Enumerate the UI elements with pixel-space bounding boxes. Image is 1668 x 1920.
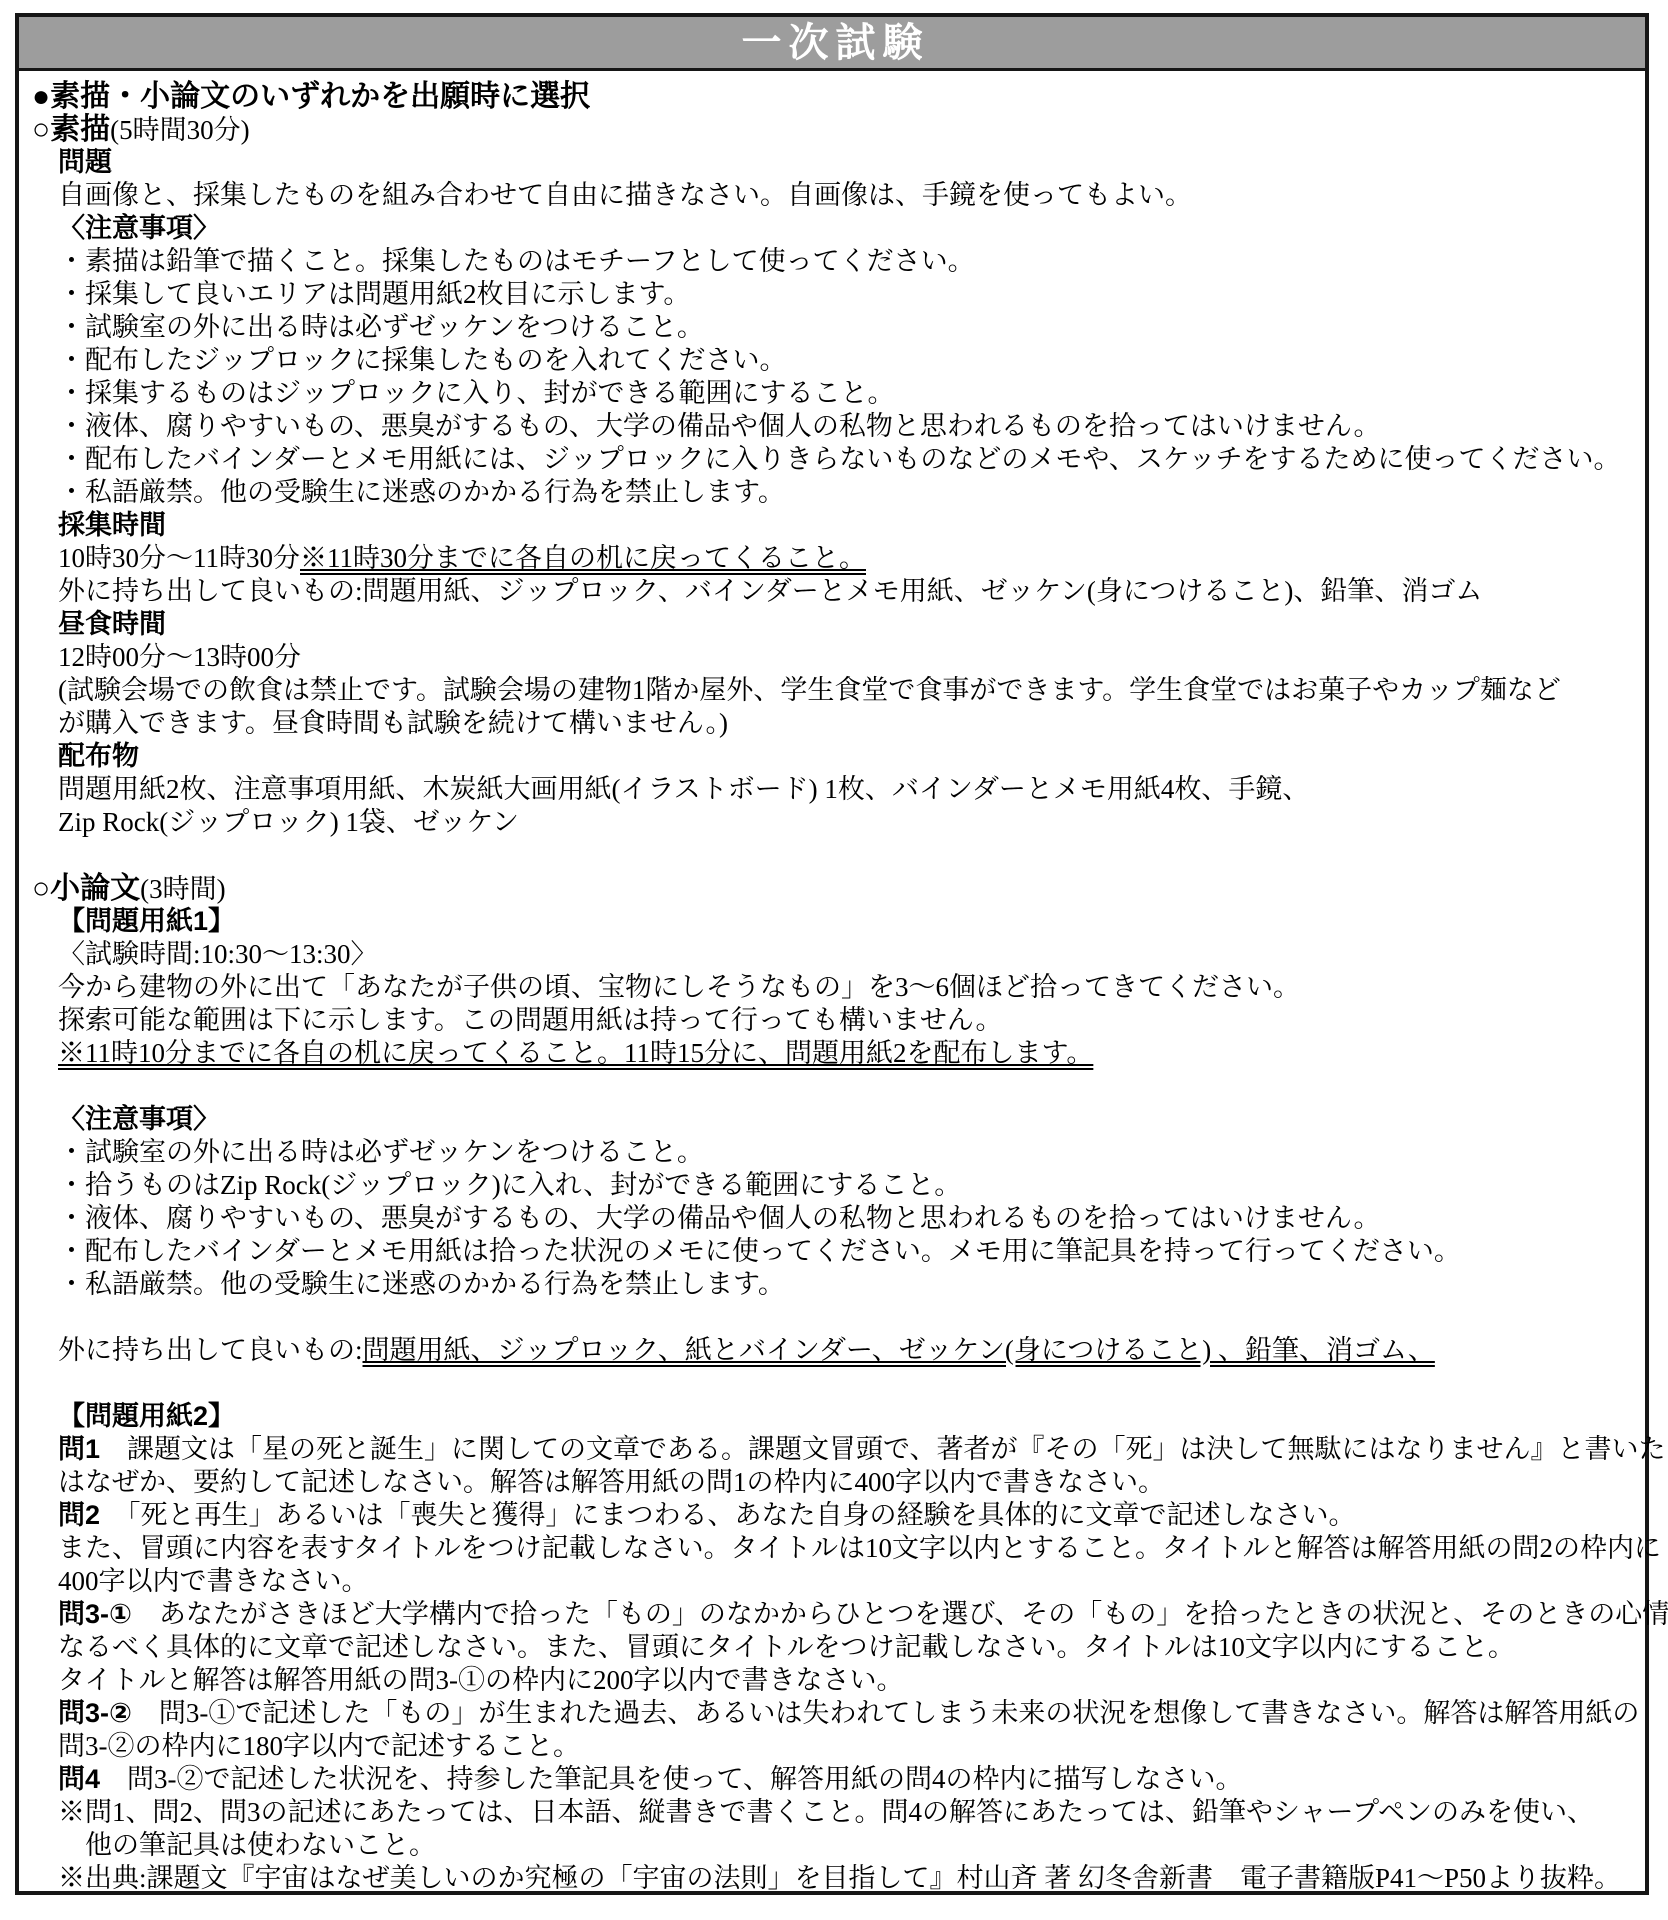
doc-line: ○小論文(3時間) [19, 872, 1645, 905]
text-segment: 問4 [58, 1764, 100, 1794]
doc-line: はなぜか、要約して記述しなさい。解答は解答用紙の問1の枠内に400字以内で書きな… [19, 1466, 1645, 1499]
text-segment: ※11時30分までに各自の机に戻ってくること。 [300, 543, 866, 573]
doc-line: ※出典:課題文『宇宙はなぜ美しいのか究極の「宇宙の法則」を目指して』村山斉 著 … [19, 1862, 1645, 1895]
doc-line: ・採集して良いエリアは問題用紙2枚目に示します。 [19, 278, 1645, 311]
doc-line: 問1 課題文は「星の死と誕生」に関しての文章である。課題文冒頭で、著者が『その「… [19, 1433, 1645, 1466]
doc-line: 問3-① あなたがさきほど大学構内で拾った「もの」のなかからひとつを選び、その「… [19, 1598, 1645, 1631]
text-segment: 課題文は「星の死と誕生」に関しての文章である。課題文冒頭で、著者が『その「死」は… [100, 1434, 1668, 1464]
text-segment: 問3-②の枠内に180字以内で記述すること。 [58, 1731, 580, 1761]
doc-line: 【問題用紙2】 [19, 1400, 1645, 1433]
text-segment: 自画像と、採集したものを組み合わせて自由に描きなさい。自画像は、手鏡を使ってもよ… [58, 180, 1192, 210]
text-segment: ・配布したバインダーとメモ用紙には、ジップロックに入りきらないものなどのメモや、… [58, 444, 1621, 474]
doc-line: 〈注意事項〉 [19, 212, 1645, 245]
doc-line: 昼食時間 [19, 608, 1645, 641]
doc-line: (試験会場での飲食は禁止です。試験会場の建物1階か屋外、学生食堂で食事ができます… [19, 674, 1645, 707]
doc-line: 採集時間 [19, 509, 1645, 542]
text-segment: 12時00分〜13時00分 [58, 642, 301, 672]
text-segment: ・配布したバインダーとメモ用紙は拾った状況のメモに使ってください。メモ用に筆記具… [58, 1236, 1461, 1266]
text-segment: ・私語厳禁。他の受験生に迷惑のかかる行為を禁止します。 [58, 477, 785, 507]
text-segment: ・私語厳禁。他の受験生に迷惑のかかる行為を禁止します。 [58, 1269, 785, 1299]
text-segment: ・素描は鉛筆で描くこと。採集したものはモチーフとして使ってください。 [58, 246, 975, 276]
blank-line [19, 1070, 1645, 1103]
doc-line: 問2 「死と再生」あるいは「喪失と獲得」にまつわる、あなた自身の経験を具体的に文… [19, 1499, 1645, 1532]
doc-line: ・私語厳禁。他の受験生に迷惑のかかる行為を禁止します。 [19, 476, 1645, 509]
doc-line: 探索可能な範囲は下に示します。この問題用紙は持って行っても構いません。 [19, 1004, 1645, 1037]
text-segment: ※出典:課題文『宇宙はなぜ美しいのか究極の「宇宙の法則」を目指して』村山斉 著 … [58, 1863, 1621, 1893]
text-segment: 10時30分〜11時30分 [58, 543, 300, 573]
text-segment: 外に持ち出して良いもの:問題用紙、ジップロック、バインダーとメモ用紙、ゼッケン(… [58, 576, 1482, 606]
doc-line: また、冒頭に内容を表すタイトルをつけ記載しなさい。タイトルは10文字以内とするこ… [19, 1532, 1645, 1565]
doc-line: ・試験室の外に出る時は必ずゼッケンをつけること。 [19, 311, 1645, 344]
text-segment: 「死と再生」あるいは「喪失と獲得」にまつわる、あなた自身の経験を具体的に文章で記… [100, 1500, 1356, 1530]
doc-line: ・配布したバインダーとメモ用紙には、ジップロックに入りきらないものなどのメモや、… [19, 443, 1645, 476]
text-segment: 問3-① [58, 1599, 132, 1629]
blank-line [19, 839, 1645, 872]
text-segment: 今から建物の外に出て「あなたが子供の頃、宝物にしそうなもの」を3〜6個ほど拾って… [58, 972, 1300, 1002]
doc-line: 問題用紙2枚、注意事項用紙、木炭紙大画用紙(イラストボード) 1枚、バインダーと… [19, 773, 1645, 806]
text-segment: はなぜか、要約して記述しなさい。解答は解答用紙の問1の枠内に400字以内で書きな… [58, 1467, 1165, 1497]
blank-line [19, 1301, 1645, 1334]
text-segment: Zip Rock(ジップロック) 1袋、ゼッケン [58, 807, 519, 837]
text-segment: ●素描・小論文のいずれかを出願時に選択 [32, 80, 590, 113]
doc-line: タイトルと解答は解答用紙の問3-①の枠内に200字以内で書きなさい。 [19, 1664, 1645, 1697]
text-segment: (試験会場での飲食は禁止です。試験会場の建物1階か屋外、学生食堂で食事ができます… [58, 675, 1561, 705]
text-segment: ※11時10分までに各自の机に戻ってくること。11時15分に、問題用紙2を配布し… [58, 1038, 1093, 1068]
doc-line: ・液体、腐りやすいもの、悪臭がするもの、大学の備品や個人の私物と思われるものを拾… [19, 410, 1645, 443]
doc-line: 問3-② 問3-①で記述した「もの」が生まれた過去、あるいは失われてしまう未来の… [19, 1697, 1645, 1730]
text-segment: ○素描 [32, 113, 110, 146]
text-segment: ・試験室の外に出る時は必ずゼッケンをつけること。 [58, 1137, 704, 1167]
text-segment: 問題 [58, 147, 112, 177]
text-segment: また、冒頭に内容を表すタイトルをつけ記載しなさい。タイトルは10文字以内とするこ… [58, 1533, 1661, 1563]
text-segment: なるべく具体的に文章で記述しなさい。また、冒頭にタイトルをつけ記載しなさい。タイ… [58, 1632, 1515, 1662]
doc-line: 他の筆記具は使わないこと。 [19, 1829, 1645, 1862]
doc-line: ・配布したジップロックに採集したものを入れてください。 [19, 344, 1645, 377]
text-segment: ・配布したジップロックに採集したものを入れてください。 [58, 345, 786, 375]
doc-line: ●素描・小論文のいずれかを出願時に選択 [19, 80, 1645, 113]
text-segment: ・拾うものはZip Rock(ジップロック)に入れ、封ができる範囲にすること。 [58, 1170, 961, 1200]
doc-line: ・拾うものはZip Rock(ジップロック)に入れ、封ができる範囲にすること。 [19, 1169, 1645, 1202]
text-segment: 〈注意事項〉 [58, 1104, 220, 1134]
doc-line: 問3-②の枠内に180字以内で記述すること。 [19, 1730, 1645, 1763]
blank-line [19, 1367, 1645, 1400]
text-segment: 昼食時間 [58, 609, 166, 639]
text-segment: が購入できます。昼食時間も試験を続けて構いません。) [58, 708, 728, 738]
text-segment: 探索可能な範囲は下に示します。この問題用紙は持って行っても構いません。 [58, 1005, 1002, 1035]
text-segment: (3時間) [140, 874, 225, 904]
text-segment: 他の筆記具は使わないこと。 [58, 1830, 436, 1860]
document-body: ●素描・小論文のいずれかを出願時に選択○素描(5時間30分)問題自画像と、採集し… [19, 71, 1645, 1895]
text-segment: 問3-② [58, 1698, 132, 1728]
doc-line: ○素描(5時間30分) [19, 113, 1645, 146]
doc-line: 問4 問3-②で記述した状況を、持参した筆記具を使って、解答用紙の問4の枠内に描… [19, 1763, 1645, 1796]
doc-line: 【問題用紙1】 [19, 905, 1645, 938]
text-segment: 問1 [58, 1434, 100, 1464]
text-segment: 【問題用紙2】 [58, 1401, 235, 1431]
doc-line: が購入できます。昼食時間も試験を続けて構いません。) [19, 707, 1645, 740]
text-segment: ○小論文 [32, 872, 140, 905]
document-header: 一次試験 [19, 17, 1645, 71]
doc-line: ・採集するものはジップロックに入り、封ができる範囲にすること。 [19, 377, 1645, 410]
text-segment: ・採集して良いエリアは問題用紙2枚目に示します。 [58, 279, 690, 309]
text-segment: 問3-①で記述した「もの」が生まれた過去、あるいは失われてしまう未来の状況を想像… [132, 1698, 1640, 1728]
doc-line: 自画像と、採集したものを組み合わせて自由に描きなさい。自画像は、手鏡を使ってもよ… [19, 179, 1645, 212]
page: { "header": { "title": "一次試験", "bg_color… [0, 0, 1668, 1920]
text-segment: ・採集するものはジップロックに入り、封ができる範囲にすること。 [58, 378, 894, 408]
doc-line: 10時30分〜11時30分※11時30分までに各自の机に戻ってくること。 [19, 542, 1645, 575]
text-segment: 〈試験時間:10:30〜13:30〉 [58, 939, 378, 969]
text-segment: 外に持ち出して良いもの: [58, 1335, 363, 1365]
text-segment: ・試験室の外に出る時は必ずゼッケンをつけること。 [58, 312, 704, 342]
text-segment: ※問1、問2、問3の記述にあたっては、日本語、縦書きで書くこと。問4の解答にあた… [58, 1797, 1594, 1827]
doc-line: 外に持ち出して良いもの:問題用紙、ジップロック、紙とバインダー、ゼッケン(身につ… [19, 1334, 1645, 1367]
text-segment: ・液体、腐りやすいもの、悪臭がするもの、大学の備品や個人の私物と思われるものを拾… [58, 1203, 1380, 1233]
text-segment: 【問題用紙1】 [58, 906, 235, 936]
doc-line: ※問1、問2、問3の記述にあたっては、日本語、縦書きで書くこと。問4の解答にあた… [19, 1796, 1645, 1829]
text-segment: 採集時間 [58, 510, 166, 540]
text-segment: 問題用紙、ジップロック、紙とバインダー、ゼッケン(身につけること) 、鉛筆、消ゴ… [363, 1335, 1435, 1365]
doc-line: 12時00分〜13時00分 [19, 641, 1645, 674]
doc-line: ・私語厳禁。他の受験生に迷惑のかかる行為を禁止します。 [19, 1268, 1645, 1301]
doc-line: ・配布したバインダーとメモ用紙は拾った状況のメモに使ってください。メモ用に筆記具… [19, 1235, 1645, 1268]
text-segment: 400字以内で書きなさい。 [58, 1566, 369, 1596]
text-segment: 問3-②で記述した状況を、持参した筆記具を使って、解答用紙の問4の枠内に描写しな… [100, 1764, 1242, 1794]
text-segment: 問題用紙2枚、注意事項用紙、木炭紙大画用紙(イラストボード) 1枚、バインダーと… [58, 774, 1309, 804]
doc-line: 〈試験時間:10:30〜13:30〉 [19, 938, 1645, 971]
doc-line: なるべく具体的に文章で記述しなさい。また、冒頭にタイトルをつけ記載しなさい。タイ… [19, 1631, 1645, 1664]
doc-line: ・液体、腐りやすいもの、悪臭がするもの、大学の備品や個人の私物と思われるものを拾… [19, 1202, 1645, 1235]
doc-line: 配布物 [19, 740, 1645, 773]
text-segment: (5時間30分) [110, 115, 249, 145]
doc-line: Zip Rock(ジップロック) 1袋、ゼッケン [19, 806, 1645, 839]
doc-line: ※11時10分までに各自の机に戻ってくること。11時15分に、問題用紙2を配布し… [19, 1037, 1645, 1070]
doc-line: ・素描は鉛筆で描くこと。採集したものはモチーフとして使ってください。 [19, 245, 1645, 278]
text-segment: ・液体、腐りやすいもの、悪臭がするもの、大学の備品や個人の私物と思われるものを拾… [58, 411, 1380, 441]
doc-line: ・試験室の外に出る時は必ずゼッケンをつけること。 [19, 1136, 1645, 1169]
text-segment: タイトルと解答は解答用紙の問3-①の枠内に200字以内で書きなさい。 [58, 1665, 903, 1695]
doc-line: 今から建物の外に出て「あなたが子供の頃、宝物にしそうなもの」を3〜6個ほど拾って… [19, 971, 1645, 1004]
document-sheet: 一次試験 ●素描・小論文のいずれかを出願時に選択○素描(5時間30分)問題自画像… [15, 13, 1649, 1895]
doc-line: 〈注意事項〉 [19, 1103, 1645, 1136]
text-segment: 配布物 [58, 741, 139, 771]
page-title: 一次試験 [735, 23, 930, 63]
text-segment: あなたがさきほど大学構内で拾った「もの」のなかからひとつを選び、その「もの」を拾… [132, 1599, 1668, 1629]
doc-line: 問題 [19, 146, 1645, 179]
text-segment: 問2 [58, 1500, 100, 1530]
doc-line: 400字以内で書きなさい。 [19, 1565, 1645, 1598]
doc-line: 外に持ち出して良いもの:問題用紙、ジップロック、バインダーとメモ用紙、ゼッケン(… [19, 575, 1645, 608]
text-segment: 〈注意事項〉 [58, 213, 220, 243]
